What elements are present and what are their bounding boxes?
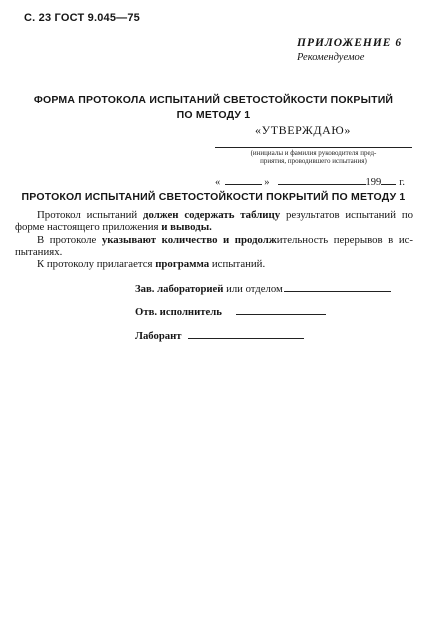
signature-row-responsible-executor: Отв. исполнитель bbox=[135, 303, 391, 318]
section-title: ПРОТОКОЛ ИСПЫТАНИЙ СВЕТОСТОЙКОСТИ ПОКРЫТ… bbox=[0, 191, 427, 203]
close-quote: » bbox=[264, 177, 269, 188]
paragraph: К протоколу прилагается программа испыта… bbox=[15, 258, 413, 270]
body-text: Протокол испытаний должен содержать табл… bbox=[15, 209, 413, 270]
approve-label: «УТВЕРЖДАЮ» bbox=[203, 123, 403, 138]
year-suffix: г. bbox=[399, 177, 405, 188]
paragraph: В протоколе указывают количество и продо… bbox=[15, 234, 413, 259]
year-blank-field bbox=[381, 174, 396, 185]
form-title: ФОРМА ПРОТОКОЛА ИСПЫТАНИЙ СВЕТОСТОЙКОСТИ… bbox=[0, 93, 427, 122]
appendix-title: ПРИЛОЖЕНИЕ 6 bbox=[297, 37, 402, 49]
approver-signature-rule bbox=[215, 147, 412, 148]
signature-label: Зав. лабораторией или отделом bbox=[135, 283, 283, 295]
signature-label: Лаборант bbox=[135, 330, 182, 342]
signature-caption-line2: приятия, проводившего испытания) bbox=[215, 157, 412, 165]
paragraph: Протокол испытаний должен содержать табл… bbox=[15, 209, 413, 234]
date-line: «»199г. bbox=[215, 174, 415, 188]
signature-blank-line bbox=[188, 327, 304, 339]
approve-block: «УТВЕРЖДАЮ» (инициалы и фамилия руководи… bbox=[215, 123, 415, 188]
appendix-block: ПРИЛОЖЕНИЕ 6 Рекомендуемое bbox=[297, 37, 402, 63]
appendix-subtitle: Рекомендуемое bbox=[297, 52, 402, 63]
signature-caption-line1: (инициалы и фамилия руководителя пред- bbox=[215, 149, 412, 157]
signature-caption: (инициалы и фамилия руководителя пред- п… bbox=[215, 149, 412, 165]
signature-blank-line bbox=[284, 280, 391, 292]
month-blank-field bbox=[278, 174, 366, 185]
document-page: С. 23 ГОСТ 9.045—75 ПРИЛОЖЕНИЕ 6 Рекомен… bbox=[0, 0, 427, 633]
day-blank-field bbox=[225, 174, 262, 185]
form-title-line2: ПО МЕТОДУ 1 bbox=[0, 108, 427, 123]
page-header: С. 23 ГОСТ 9.045—75 bbox=[24, 12, 140, 24]
signature-label: Отв. исполнитель bbox=[135, 306, 222, 318]
signature-blank-line bbox=[236, 303, 326, 315]
open-quote: « bbox=[215, 177, 220, 188]
form-title-line1: ФОРМА ПРОТОКОЛА ИСПЫТАНИЙ СВЕТОСТОЙКОСТИ… bbox=[0, 93, 427, 108]
year-prefix: 199 bbox=[366, 177, 382, 188]
signature-row-lab-assistant: Лаборант bbox=[135, 327, 391, 342]
signature-row-head-of-lab: Зав. лабораторией или отделом bbox=[135, 280, 391, 295]
